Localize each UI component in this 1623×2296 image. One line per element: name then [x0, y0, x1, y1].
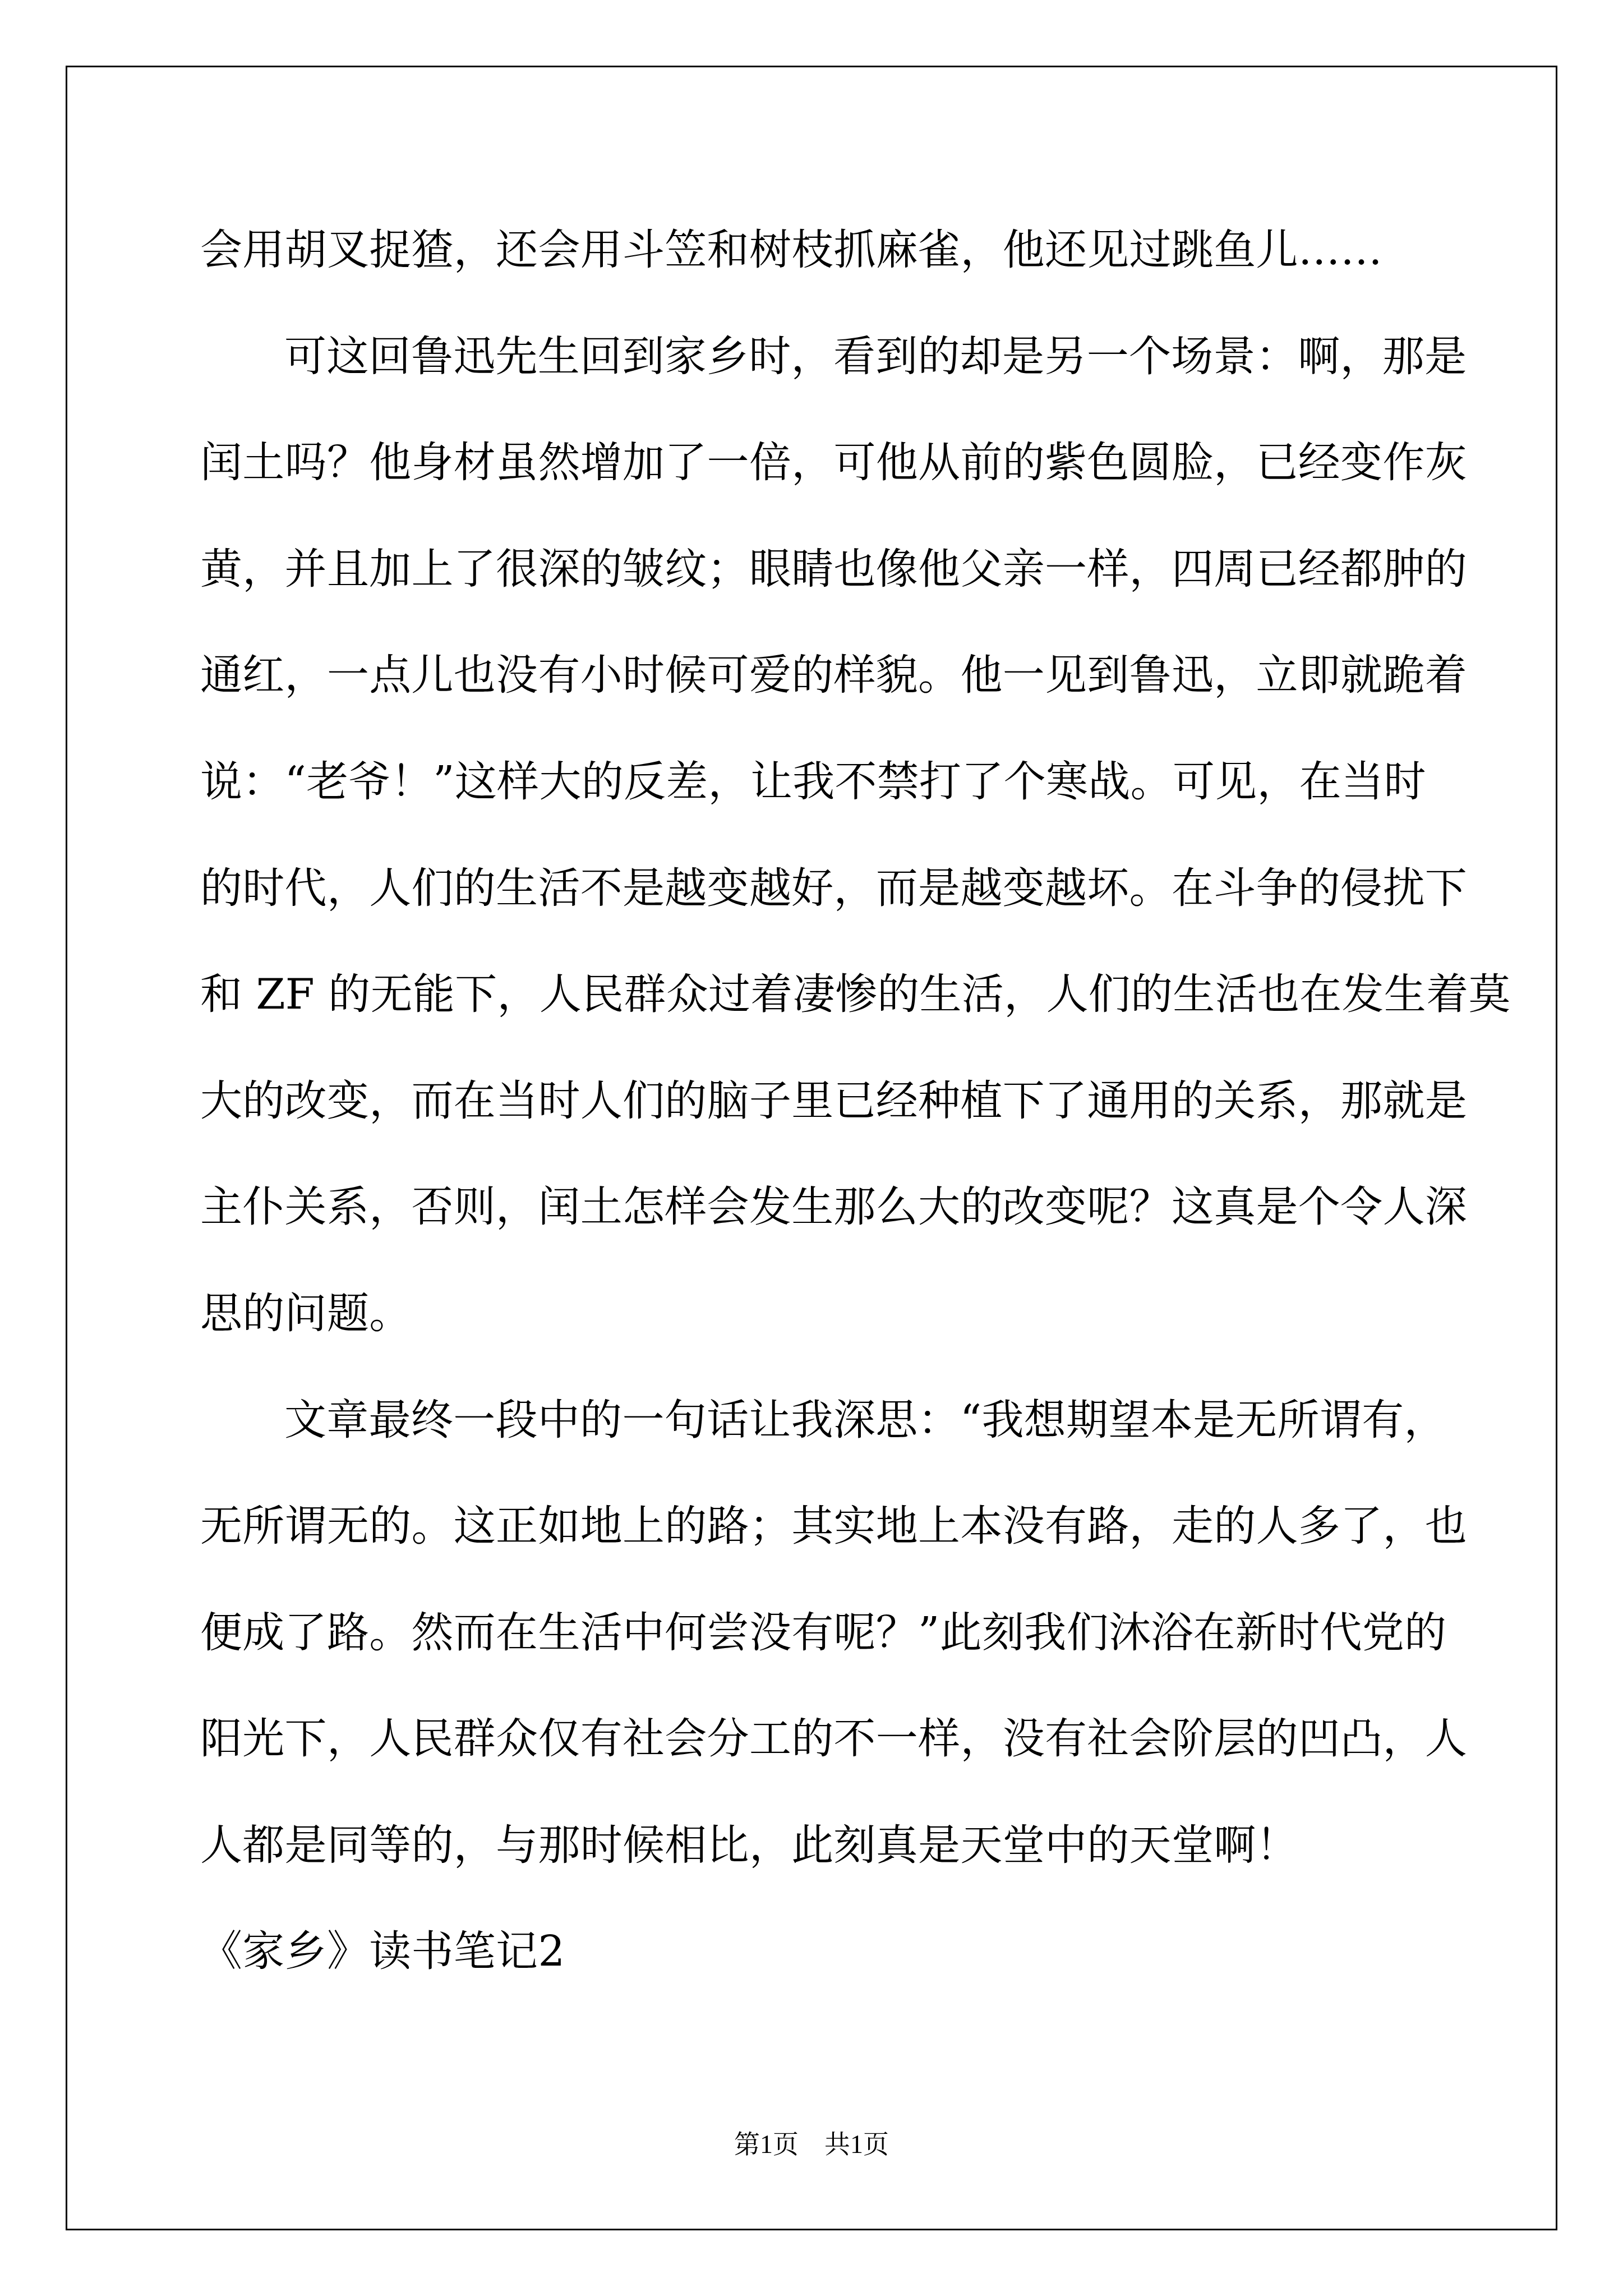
paragraph-start-line: 可这回鲁迅先生回到家乡时，看到的却是另一个场景：啊，那是	[200, 331, 1467, 381]
text-line: 会用胡叉捉猹，还会用斗笠和树枝抓麻雀，他还见过跳鱼儿……	[200, 224, 1382, 275]
text-line: 无所谓无的。这正如地上的路；其实地上本没有路，走的人多了，也	[200, 1501, 1467, 1551]
text-line: 阳光下，人民群众仅有社会分工的不一样，没有社会阶层的凹凸，人	[200, 1713, 1467, 1764]
text-line: 说：“老爷！”这样大的反差，让我不禁打了个寒战。可见，在当时	[200, 756, 1426, 807]
text-line: 思的问题。	[200, 1288, 412, 1338]
page-footer: 第1页 共1页	[66, 2129, 1557, 2160]
text-line: 主仆关系，否则，闰土怎样会发生那么大的改变呢？这真是个令人深	[200, 1181, 1467, 1232]
page-border	[66, 66, 1557, 2230]
text-line: 通红，一点儿也没有小时候可爱的样貌。他一见到鲁迅，立即就跪着	[200, 650, 1467, 700]
text-line: 的时代，人们的生活不是越变越好，而是越变越坏。在斗争的侵扰下	[200, 863, 1467, 913]
text-line: 和 ZF 的无能下，人民群众过着凄惨的生活，人们的生活也在发生着莫	[200, 969, 1511, 1019]
text-line: 人都是同等的，与那时候相比，此刻真是天堂中的天堂啊！	[200, 1820, 1298, 1870]
text-line: 黄，并且加上了很深的皱纹；眼睛也像他父亲一样，四周已经都肿的	[200, 544, 1467, 594]
text-line: 闰土吗？他身材虽然增加了一倍，可他从前的紫色圆脸，已经变作灰	[200, 437, 1467, 487]
section-heading: 《家乡》读书笔记2	[200, 1926, 565, 1976]
paragraph-start-line: 文章最终一段中的一句话让我深思：“我想期望本是无所谓有，	[200, 1395, 1446, 1445]
text-line: 便成了路。然而在生活中何尝没有呢？”此刻我们沐浴在新时代党的	[200, 1607, 1446, 1658]
text-line: 大的改变，而在当时人们的脑子里已经种植下了通用的关系，那就是	[200, 1075, 1467, 1126]
